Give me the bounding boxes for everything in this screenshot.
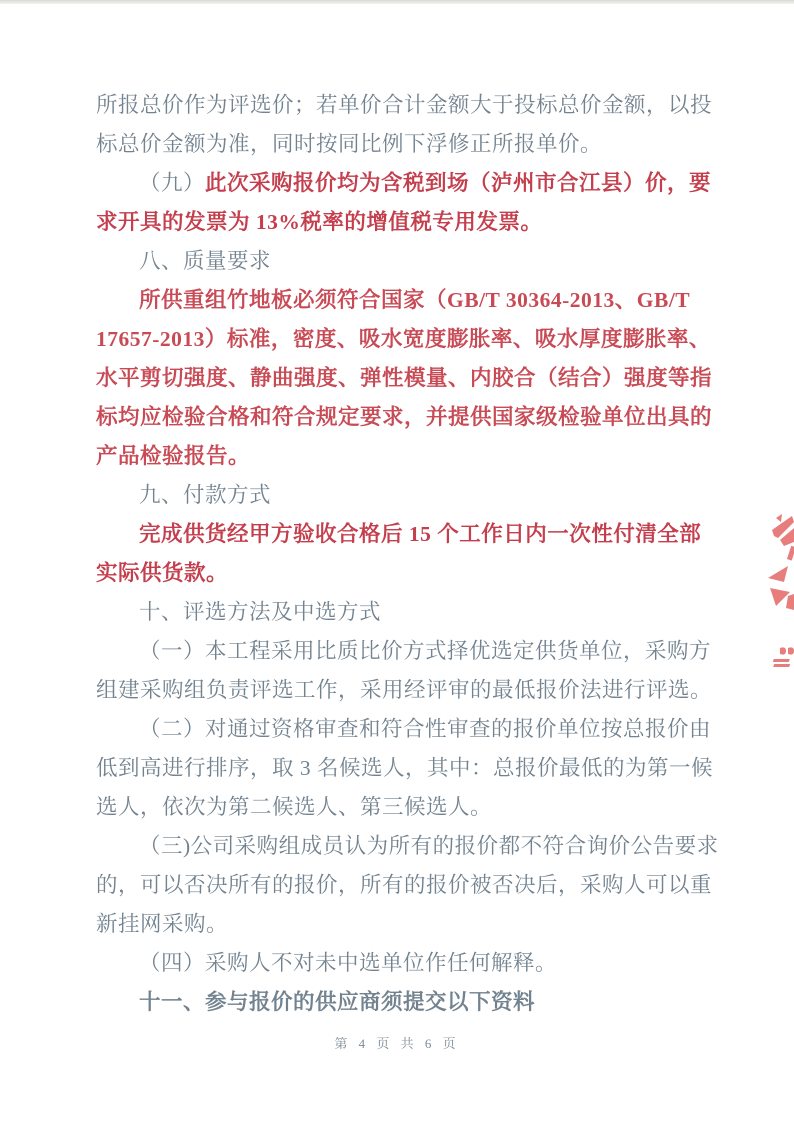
item-9-number: （九）: [139, 171, 205, 195]
text-line: （三)公司采购组成员认为所有的报价都不符合询价公告要求: [96, 827, 718, 866]
text-line-item-9: （九）此次采购报价均为含税到场（泸州市合江县）价，要: [96, 164, 718, 203]
text-line: 标总价金额为准，同时按同比例下浮修正所报单价。: [96, 125, 718, 164]
red-seal-fragment-icon: [754, 566, 794, 612]
text-line: 新挂网采购。: [96, 905, 718, 944]
text-line: （一）本工程采用比质比价方式择优选定供货单位，采购方: [96, 632, 718, 671]
text-line: 水平剪切强度、静曲强度、弹性模量、内胶合（结合）强度等指: [96, 359, 718, 398]
text-line: 标均应检验合格和符合规定要求，并提供国家级检验单位出具的: [96, 398, 718, 437]
text-line: 求开具的发票为 13%税率的增值税专用发票。: [96, 203, 718, 242]
red-seal-fragment-icon: [756, 512, 794, 564]
text-line: 所报总价作为评选价；若单价合计金额大于投标总价金额，以投: [96, 86, 718, 125]
section-heading-10: 十、评选方法及中选方式: [96, 593, 718, 632]
text-line: （二）对通过资格审查和符合性审查的报价单位按总报价由: [96, 710, 718, 749]
text-line: 组建采购组负责评选工作，采用经评审的最低报价法进行评选。: [96, 671, 718, 710]
text-line: 完成供货经甲方验收合格后 15 个工作日内一次性付清全部: [96, 515, 718, 554]
page-number-footer: 第 4 页 共 6 页: [0, 1033, 794, 1052]
section-heading-9: 九、付款方式: [96, 476, 718, 515]
section-heading-11: 十一、参与报价的供应商须提交以下资料: [96, 983, 718, 1022]
text-line: （四）采购人不对未中选单位作任何解释。: [96, 944, 718, 983]
document-page: 所报总价作为评选价；若单价合计金额大于投标总价金额，以投 标总价金额为准，同时按…: [0, 0, 794, 1123]
red-seal-fragment-icon: [758, 646, 794, 670]
document-body: 所报总价作为评选价；若单价合计金额大于投标总价金额，以投 标总价金额为准，同时按…: [96, 86, 718, 1022]
text-line: 选人，依次为第二候选人、第三候选人。: [96, 788, 718, 827]
text-line: 低到高进行排序，取 3 名候选人，其中：总报价最低的为第一候: [96, 749, 718, 788]
text-line: 17657-2013）标准，密度、吸水宽度膨胀率、吸水厚度膨胀率、: [96, 320, 718, 359]
text-line: 产品检验报告。: [96, 437, 718, 476]
section-heading-8: 八、质量要求: [96, 242, 718, 281]
item-9-red-text: 此次采购报价均为含税到场（泸州市合江县）价，要: [205, 171, 711, 195]
text-line: 的，可以否决所有的报价，所有的报价被否决后，采购人可以重: [96, 866, 718, 905]
text-line: 实际供货款。: [96, 554, 718, 593]
scan-edge-shadow: [0, 0, 794, 4]
text-line: 所供重组竹地板必须符合国家（GB/T 30364-2013、GB/T: [96, 281, 718, 320]
